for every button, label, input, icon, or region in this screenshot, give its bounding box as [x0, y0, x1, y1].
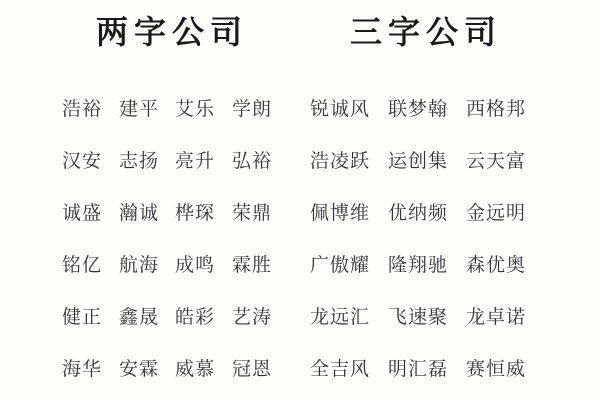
- company-name: 荣鼎: [232, 200, 288, 226]
- company-name: 诚盛: [62, 200, 119, 226]
- company-name: 飞速聚: [388, 304, 466, 330]
- list-row: 健正 鑫晟 皓彩 艺涛: [62, 304, 288, 356]
- company-name: 运创集: [388, 148, 466, 174]
- company-name: 冠恩: [232, 356, 288, 382]
- list-row: 浩凌跃 运创集 云天富: [310, 148, 544, 200]
- company-name: 金远明: [466, 200, 544, 226]
- company-name: 威慕: [175, 356, 232, 382]
- list-row: 佩博维 优纳频 金远明: [310, 200, 544, 252]
- three-char-company-list: 锐诚风 联梦翰 西格邦 浩凌跃 运创集 云天富 佩博维 优纳频 金远明 广傲耀 …: [310, 96, 544, 400]
- three-char-company-heading: 三字公司: [350, 12, 502, 52]
- company-name: 成鸣: [175, 252, 232, 278]
- company-name: 海华: [62, 356, 119, 382]
- company-name: 联梦翰: [388, 96, 466, 122]
- company-name: 佩博维: [310, 200, 388, 226]
- company-name: 全吉风: [310, 356, 388, 382]
- company-name: 龙远汇: [310, 304, 388, 330]
- list-row: 海华 安霖 威慕 冠恩: [62, 356, 288, 400]
- list-row: 诚盛 瀚诚 桦琛 荣鼎: [62, 200, 288, 252]
- list-row: 龙远汇 飞速聚 龙卓诺: [310, 304, 544, 356]
- company-name: 鑫晟: [119, 304, 175, 330]
- list-row: 铭亿 航海 成鸣 霖胜: [62, 252, 288, 304]
- company-name: 隆翔驰: [388, 252, 466, 278]
- company-name: 艾乐: [175, 96, 232, 122]
- company-name: 艺涛: [232, 304, 288, 330]
- company-name: 弘裕: [232, 148, 288, 174]
- company-name: 广傲耀: [310, 252, 388, 278]
- company-name: 瀚诚: [119, 200, 175, 226]
- company-name: 亮升: [175, 148, 232, 174]
- company-name: 航海: [119, 252, 175, 278]
- company-name: 龙卓诺: [466, 304, 544, 330]
- company-name: 安霖: [119, 356, 175, 382]
- company-name: 锐诚风: [310, 96, 388, 122]
- company-name: 皓彩: [175, 304, 232, 330]
- company-name: 赛恒威: [466, 356, 544, 382]
- company-name: 铭亿: [62, 252, 119, 278]
- company-name: 云天富: [466, 148, 544, 174]
- company-name: 浩裕: [62, 96, 119, 122]
- list-row: 汉安 志扬 亮升 弘裕: [62, 148, 288, 200]
- company-name: 西格邦: [466, 96, 544, 122]
- company-name: 森优奥: [466, 252, 544, 278]
- list-row: 浩裕 建平 艾乐 学朗: [62, 96, 288, 148]
- two-char-company-heading: 两字公司: [96, 12, 248, 52]
- company-name: 优纳频: [388, 200, 466, 226]
- company-name: 建平: [119, 96, 175, 122]
- list-row: 广傲耀 隆翔驰 森优奥: [310, 252, 544, 304]
- company-name: 浩凌跃: [310, 148, 388, 174]
- company-name: 霖胜: [232, 252, 288, 278]
- company-name: 桦琛: [175, 200, 232, 226]
- company-name: 学朗: [232, 96, 288, 122]
- list-row: 锐诚风 联梦翰 西格邦: [310, 96, 544, 148]
- company-name: 志扬: [119, 148, 175, 174]
- list-row: 全吉风 明汇磊 赛恒威: [310, 356, 544, 400]
- company-name: 明汇磊: [388, 356, 466, 382]
- company-name: 汉安: [62, 148, 119, 174]
- company-name: 健正: [62, 304, 119, 330]
- two-char-company-list: 浩裕 建平 艾乐 学朗 汉安 志扬 亮升 弘裕 诚盛 瀚诚 桦琛 荣鼎 铭亿 航…: [62, 96, 288, 400]
